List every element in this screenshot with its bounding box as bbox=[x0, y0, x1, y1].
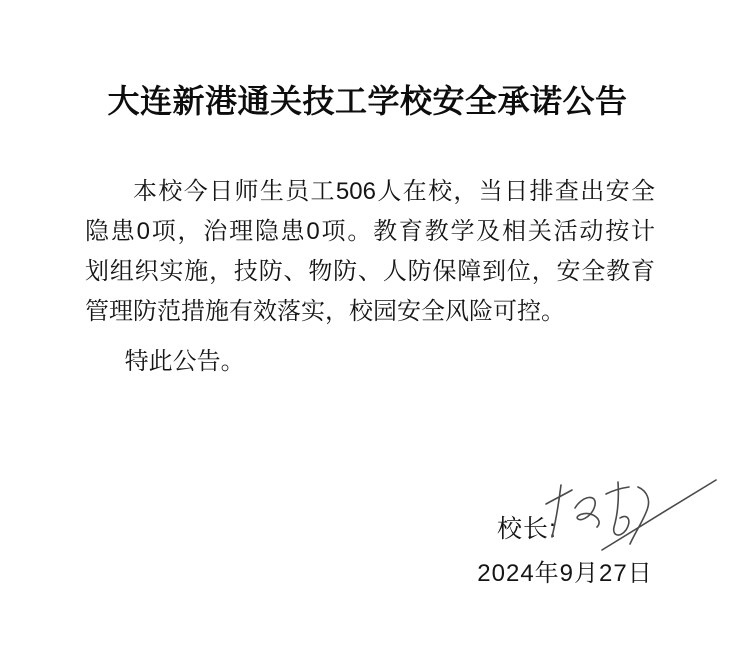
paragraph-line: 管理防范措施有效落实，校园安全风险可控。 bbox=[85, 292, 655, 332]
paragraph-line: 本校今日师生员工506人在校，当日排查出安全 bbox=[85, 172, 655, 212]
paragraph-line: 划组织实施，技防、物防、人防保障到位，安全教育 bbox=[85, 252, 655, 292]
handwritten-signature-icon bbox=[540, 463, 720, 558]
paragraph-line: 隐患0项，治理隐患0项。教育教学及相关活动按计 bbox=[85, 212, 655, 252]
body-paragraph: 本校今日师生员工506人在校，当日排查出安全隐患0项，治理隐患0项。教育教学及相… bbox=[85, 172, 655, 332]
closing-statement: 特此公告。 bbox=[85, 342, 655, 382]
signature-block: 校长: 2024年9月27日 bbox=[430, 460, 735, 600]
date-text: 2024年9月27日 bbox=[455, 556, 675, 592]
document-page: 大连新港通关技工学校安全承诺公告 本校今日师生员工506人在校，当日排查出安全隐… bbox=[0, 0, 735, 667]
page-title: 大连新港通关技工学校安全承诺公告 bbox=[0, 80, 735, 122]
